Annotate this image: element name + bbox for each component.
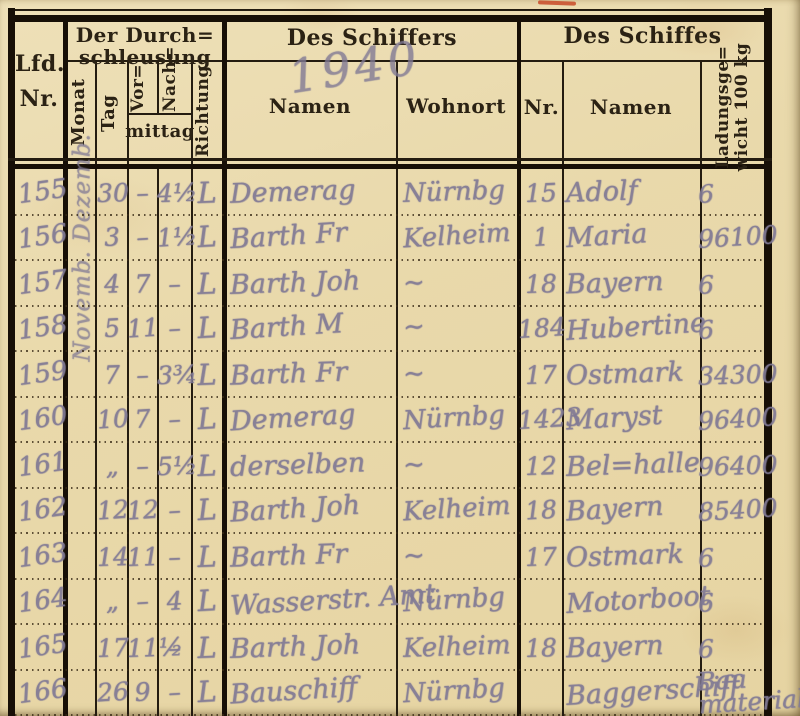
- column-header-lfd-nr: Lfd. Nr.: [15, 52, 63, 111]
- cell-ladung: 6: [698, 180, 773, 206]
- cell-wohnort: Nürnbg: [402, 404, 505, 434]
- cell-wohnort: ~: [403, 544, 426, 569]
- table-row: 164 „ – 4 L Wasserstr. Amt Nürnbg Motorb…: [0, 580, 800, 626]
- cell-schiffer-name: Demerag: [229, 403, 356, 435]
- cell-nachmittag: –: [156, 498, 192, 523]
- cell-ladung: 6: [698, 271, 773, 297]
- table-row: 160 10 7 – L Demerag Nürnbg 1423 Maryst …: [0, 398, 800, 444]
- column-header-schiff-nr: Nr.: [521, 96, 562, 118]
- cell-tag: 5: [96, 316, 127, 341]
- cell-vormittag: 12: [126, 498, 158, 523]
- cell-ladung: 6: [698, 544, 773, 570]
- cell-schiff-nr: 184: [517, 315, 564, 341]
- cell-schiff-nr: 1: [517, 224, 564, 250]
- cell-ladung: 6: [698, 635, 773, 661]
- ladung-line1: Ladungsge=: [714, 27, 733, 187]
- cell-ladung: 96400: [697, 406, 772, 433]
- cell-ladung: Bau material: [697, 666, 774, 716]
- cell-schiff-name: Bayern: [566, 634, 664, 662]
- cell-schiffer-name: Barth M: [229, 312, 344, 344]
- cell-wohnort: ~: [402, 316, 425, 341]
- cell-lfd-nr: 163: [17, 542, 66, 572]
- column-header-vormittag: Vor=: [129, 64, 156, 112]
- table-row: 163 14 11 – L Barth Fr ~ 17 Ostmark 6: [0, 534, 800, 580]
- cell-schiff-nr: [518, 601, 564, 604]
- cell-vormittag: 11: [126, 316, 158, 341]
- cell-schiff-name: Ostmark: [566, 542, 685, 571]
- cell-schiffer-name: Barth Fr: [230, 360, 348, 389]
- cell-vormittag: –: [126, 225, 158, 250]
- cell-schiff-nr: 12: [518, 453, 565, 478]
- cell-richtung: L: [191, 179, 224, 207]
- cell-tag: 12: [96, 498, 127, 523]
- table-row: 155 30 – 4½ L Demerag Nürnbg 15 Adolf 6: [0, 170, 800, 216]
- cell-tag: 3: [96, 225, 127, 250]
- table-line: [128, 113, 192, 115]
- cell-schiffer-name: Barth Joh: [230, 269, 361, 298]
- cell-schiff-nr: 17: [518, 362, 565, 387]
- cell-nachmittag: –: [156, 680, 192, 705]
- cell-schiffer-name: derselben: [230, 451, 366, 481]
- cell-schiffer-name: Barth Joh: [229, 494, 360, 527]
- cell-lfd-nr: 161: [17, 451, 66, 481]
- cell-tag: 4: [97, 272, 128, 296]
- cell-tag: 30: [97, 181, 128, 205]
- cell-schiff-nr: 15: [518, 180, 565, 205]
- cell-nachmittag: 3¾: [157, 363, 193, 387]
- cell-schiff-nr: 18: [518, 635, 565, 660]
- cell-nachmittag: 1½: [156, 225, 192, 250]
- table-row: 159 7 – 3¾ L Barth Fr ~ 17 Ostmark 34300: [0, 352, 800, 398]
- table-row: 157 4 7 – L Barth Joh ~ 18 Bayern 6: [0, 261, 800, 307]
- table-line: [8, 9, 772, 11]
- column-header-schiff-namen: Namen: [566, 96, 696, 118]
- cell-wohnort: Nürnbg: [402, 677, 505, 707]
- cell-richtung: L: [190, 587, 224, 616]
- cell-schiffer-name: Demerag: [230, 178, 356, 207]
- cell-schiff-name: Ostmark: [566, 360, 685, 389]
- cell-nachmittag: 4½: [157, 181, 193, 205]
- table-row: 161 „ – 5½ L derselben ~ 12 Bel=halle 96…: [0, 443, 800, 489]
- cell-vormittag: –: [127, 363, 159, 387]
- ladung-line2: wicht 100 kg: [733, 27, 752, 187]
- cell-nachmittag: –: [156, 316, 192, 341]
- cell-schiff-nr: 1423: [517, 406, 564, 432]
- cell-lfd-nr: 159: [17, 360, 66, 390]
- cell-vormittag: –: [127, 454, 159, 478]
- table-line: [8, 158, 772, 161]
- cell-lfd-nr: 166: [17, 678, 66, 708]
- cell-schiff-name: Adolf: [566, 179, 638, 206]
- cell-ladung: 6: [697, 588, 772, 615]
- cell-richtung: L: [190, 314, 224, 343]
- cell-schiff-nr: 17: [518, 544, 565, 569]
- cell-lfd-nr: 160: [17, 405, 66, 435]
- cell-schiffer-name: Bauschiff: [229, 676, 358, 709]
- cell-wohnort: Nürnbg: [402, 586, 505, 616]
- cell-nachmittag: –: [156, 407, 192, 432]
- group-header-durchschleusung: Der Durch= schleusung: [68, 24, 222, 69]
- cell-nachmittag: 5½: [157, 454, 193, 478]
- cell-lfd-nr: 162: [17, 496, 66, 526]
- cell-vormittag: –: [127, 181, 159, 205]
- red-ink-mark: [538, 0, 576, 5]
- cell-vormittag: 7: [127, 272, 159, 296]
- table-line: [8, 15, 772, 22]
- cell-schiff-name: Motorboot: [565, 584, 711, 618]
- cell-richtung: L: [190, 223, 224, 252]
- cell-vormittag: 9: [126, 680, 158, 705]
- cell-richtung: L: [191, 270, 224, 298]
- table-row: 158 5 11 – L Barth M ~ 184 Hubertine 6: [0, 307, 800, 353]
- cell-lfd-nr: 165: [17, 633, 66, 663]
- cell-lfd-nr: 155: [17, 178, 66, 208]
- cell-ladung: 96400: [698, 453, 773, 479]
- cell-lfd-nr: 157: [17, 269, 66, 299]
- cell-vormittag: 11: [127, 545, 159, 569]
- cell-schiffer-name: Barth Fr: [229, 221, 348, 253]
- cell-lfd-nr: 158: [17, 314, 66, 344]
- table-row: 165 17 11½ – L Barth Joh Kelheim 18 Baye…: [0, 625, 800, 671]
- cell-nachmittag: 4: [156, 589, 192, 614]
- cell-schiff-nr: [518, 692, 564, 695]
- cell-wohnort: Kelheim: [402, 222, 511, 252]
- table-row: 162 12 12 – L Barth Joh Kelheim 18 Bayer…: [0, 489, 800, 535]
- column-header-ladungsgewicht: Ladungsge= wicht 100 kg: [714, 27, 752, 187]
- column-header-tag: Tag: [99, 75, 126, 151]
- cell-schiff-name: Bayern: [566, 270, 664, 298]
- cell-wohnort: Kelheim: [402, 495, 511, 525]
- cell-tag: 10: [96, 407, 127, 432]
- cell-schiff-name: Hubertine: [565, 312, 706, 345]
- cell-ladung: 6: [697, 315, 772, 342]
- cell-richtung: L: [191, 634, 224, 662]
- cell-nachmittag: –: [157, 636, 193, 660]
- cell-wohnort: ~: [403, 362, 426, 387]
- cell-richtung: L: [191, 543, 224, 571]
- cell-schiffer-name: Barth Joh: [230, 633, 361, 662]
- cell-vormittag: 11½: [127, 636, 159, 660]
- cell-wohnort: Kelheim: [403, 634, 511, 662]
- table-line: [8, 164, 772, 169]
- cell-vormittag: 7: [126, 407, 158, 432]
- cell-schiffer-name: Barth Fr: [230, 542, 348, 571]
- cell-schiff-nr: 18: [518, 271, 565, 296]
- column-header-wohnort: Wohnort: [400, 95, 512, 117]
- cell-schiff-name: Bayern: [565, 495, 664, 526]
- cell-wohnort: Nürnbg: [403, 179, 506, 206]
- durchschleusung-line1: Der Durch=: [68, 24, 222, 46]
- cell-lfd-nr: 164: [17, 587, 66, 617]
- cell-schiff-name: Bel=halle: [566, 451, 701, 480]
- register-page: Lfd. Nr. Der Durch= schleusung Monat Tag…: [0, 0, 800, 716]
- cell-wohnort: ~: [403, 271, 426, 296]
- cell-tag: 26: [96, 680, 127, 705]
- cell-nachmittag: –: [157, 272, 193, 296]
- nr-label: Nr.: [15, 87, 63, 112]
- cell-schiff-nr: 18: [517, 497, 564, 523]
- cell-tag: 17: [97, 636, 128, 660]
- cell-vormittag: –: [126, 589, 158, 614]
- cell-tag: 7: [97, 363, 128, 387]
- column-header-richtung: Richtung: [194, 64, 221, 158]
- cell-richtung: L: [190, 678, 224, 707]
- cell-ladung: 96100: [697, 224, 772, 251]
- cell-schiff-name: Maria: [565, 222, 648, 252]
- table-row: 156 3 – 1½ L Barth Fr Kelheim 1 Maria 96…: [0, 216, 800, 262]
- table-row: 166 26 9 – L Bauschiff Nürnbg Baggerschi…: [0, 671, 800, 716]
- cell-richtung: L: [191, 452, 224, 480]
- cell-ladung: 85400: [697, 497, 772, 524]
- cell-richtung: L: [190, 405, 224, 434]
- lfd-label: Lfd.: [15, 52, 63, 77]
- cell-schiff-name: Maryst: [565, 404, 663, 435]
- cell-tag: „: [96, 589, 127, 614]
- cell-tag: „: [97, 454, 128, 478]
- cell-nachmittag: –: [157, 545, 193, 569]
- cell-richtung: L: [191, 361, 224, 389]
- cell-ladung: 34300: [698, 362, 773, 388]
- column-header-mittag: mittag: [124, 122, 196, 142]
- cell-wohnort: ~: [403, 453, 426, 478]
- cell-tag: 14: [97, 545, 128, 569]
- column-header-nachmittag: Nach=: [161, 64, 188, 112]
- register-rows: 155 30 – 4½ L Demerag Nürnbg 15 Adolf 6 …: [0, 170, 800, 716]
- cell-richtung: L: [190, 496, 224, 525]
- cell-lfd-nr: 156: [17, 223, 66, 253]
